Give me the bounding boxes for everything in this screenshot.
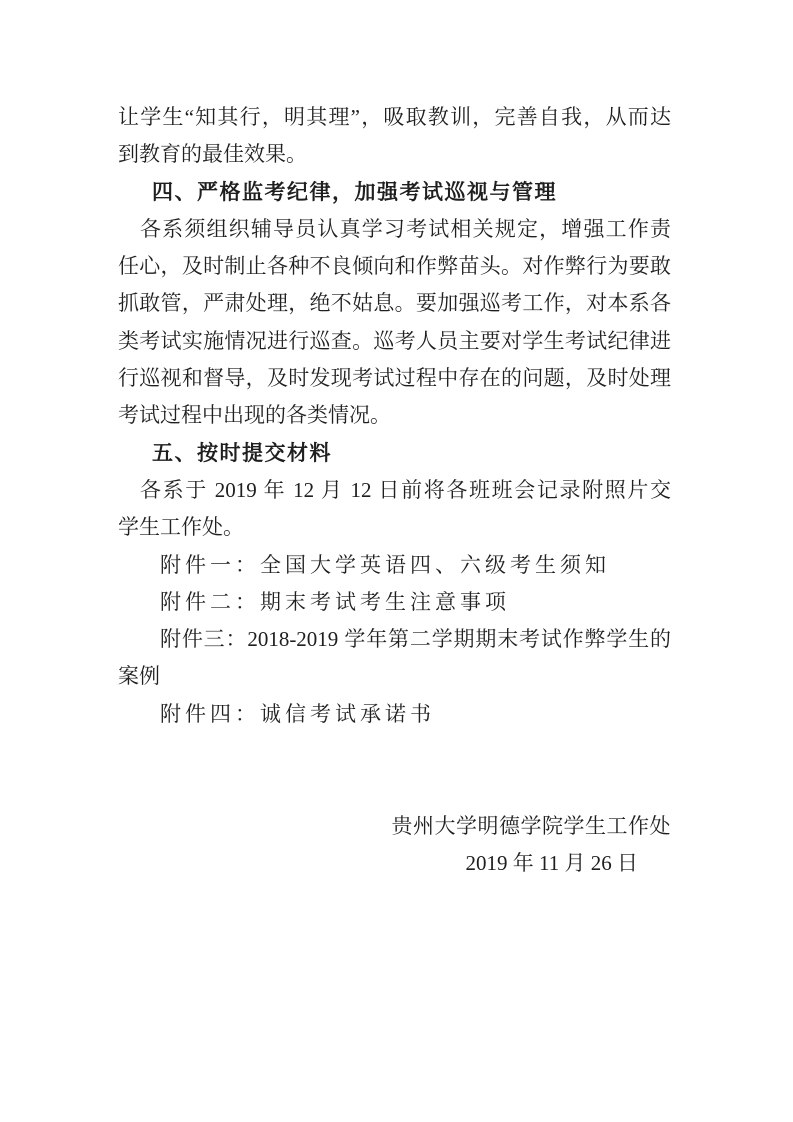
attachment-line-1: 附件一：全国大学英语四、六级考生须知 [118,547,671,584]
signature-date: 2019 年 11 月 26 日 [118,845,671,882]
document-page: 让学生“知其行，明其理”，吸取教训，完善自我，从而达 到教育的最佳效果。 四、严… [0,0,793,1122]
body-line: 各系于 2019 年 12 月 12 日前将各班班会记录附照片交 [118,472,671,509]
body-line: 到教育的最佳效果。 [118,136,671,173]
body-line: 学生工作处。 [118,509,671,546]
section-heading-4: 四、严格监考纪律，加强考试巡视与管理 [118,174,671,211]
body-line: 各系须组织辅导员认真学习考试相关规定，增强工作责 [118,211,671,248]
body-line: 行巡视和督导，及时发现考试过程中存在的问题，及时处理 [118,360,671,397]
body-line: 抓敢管，严肃处理，绝不姑息。要加强巡考工作，对本系各 [118,285,671,322]
section-heading-5: 五、按时提交材料 [118,435,671,472]
attachment-line-2: 附件二：期末考试考生注意事项 [118,584,671,621]
blank-line [118,733,671,770]
body-line: 考试过程中出现的各类情况。 [118,397,671,434]
document-body: 让学生“知其行，明其理”，吸取教训，完善自我，从而达 到教育的最佳效果。 四、严… [118,99,671,882]
attachment-line-3-continued: 案例 [118,658,671,695]
body-line: 类考试实施情况进行巡查。巡考人员主要对学生考试纪律进 [118,323,671,360]
blank-line [118,770,671,807]
attachment-line-3: 附件三：2018-2019 学年第二学期期末考试作弊学生的 [118,621,671,658]
body-line: 任心，及时制止各种不良倾向和作弊苗头。对作弊行为要敢 [118,248,671,285]
body-line: 让学生“知其行，明其理”，吸取教训，完善自我，从而达 [118,99,671,136]
signature-organization: 贵州大学明德学院学生工作处 [118,808,671,845]
attachment-line-4: 附件四：诚信考试承诺书 [118,696,671,733]
